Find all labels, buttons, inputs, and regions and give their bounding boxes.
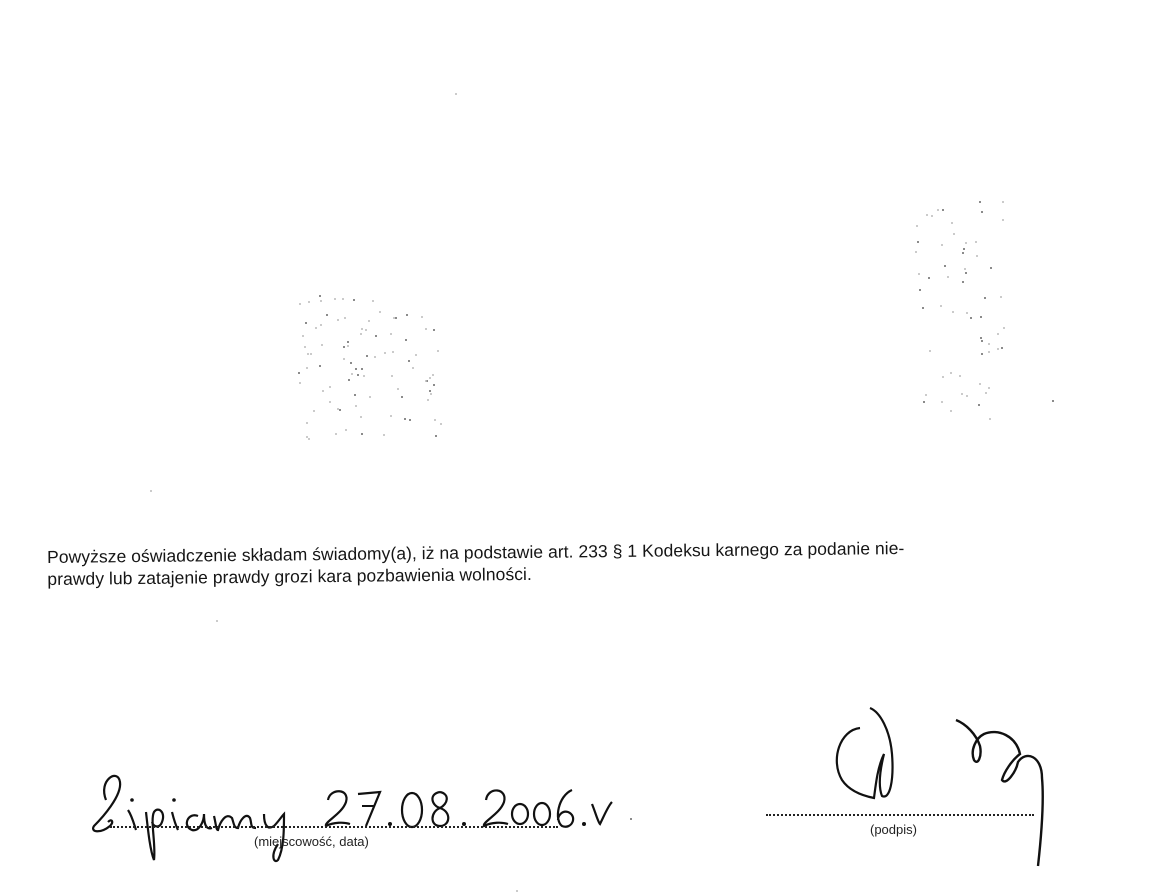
redaction-speck [310,353,312,355]
redaction-speck [315,327,317,329]
redaction-speck [952,311,954,313]
redaction-speck [343,358,345,360]
redaction-speck [384,352,386,354]
redaction-speck [334,298,336,300]
redacted-stamp-right [915,200,1005,420]
scanned-document-page: Powyższe oświadczenie składam świadomy(a… [0,0,1163,896]
scan-noise [630,818,632,820]
redaction-speck [964,268,966,270]
redaction-speck [950,372,952,374]
redaction-speck [435,435,437,437]
redaction-speck [401,396,403,398]
scan-noise [216,620,218,622]
redaction-speck [365,329,367,331]
redaction-speck [931,215,933,217]
redaction-speck [433,384,435,386]
scan-noise [516,890,518,892]
redaction-speck [361,328,363,330]
redaction-speck [962,281,964,283]
redaction-speck [940,305,942,307]
redaction-speck [944,265,946,267]
redaction-speck [360,416,362,418]
redaction-speck [406,314,408,316]
redaction-speck [408,360,410,362]
redaction-speck [928,277,930,279]
redaction-speck [421,316,423,318]
place-date-caption: (miejscowość, data) [254,834,369,849]
redaction-speck [379,311,381,313]
redaction-speck [397,388,399,390]
redaction-speck [392,351,394,353]
redaction-speck [916,225,918,227]
redaction-speck [355,368,357,370]
redaction-speck [950,410,952,412]
redaction-speck [374,356,376,358]
redaction-speck [361,433,363,435]
redaction-speck [1002,201,1004,203]
redaction-speck [304,346,306,348]
redaction-speck [342,298,344,300]
redaction-speck [997,348,999,350]
redaction-speck [425,380,427,382]
redaction-speck [348,379,350,381]
redaction-speck [353,299,355,301]
redaction-speck [925,394,927,396]
redaction-speck [981,340,983,342]
redaction-speck [970,317,972,319]
redaction-speck [937,209,939,211]
redaction-speck [429,390,431,392]
redaction-speck [965,272,967,274]
redaction-speck [335,433,337,435]
redaction-speck [962,252,964,254]
redaction-speck [966,395,968,397]
redaction-speck [923,401,925,403]
redaction-speck [961,393,963,395]
redaction-speck [430,393,432,395]
redaction-speck [320,300,322,302]
redaction-speck [320,324,322,326]
redaction-speck [915,251,917,253]
redaction-speck [357,374,359,376]
redaction-speck [360,333,362,335]
redaction-speck [988,351,990,353]
redaction-speck [1003,327,1005,329]
redaction-speck [366,355,368,357]
redaction-speck [351,373,353,375]
redaction-speck [963,248,965,250]
redaction-speck [988,387,990,389]
redaction-speck [433,329,435,331]
redaction-speck [372,300,374,302]
redaction-speck [409,419,411,421]
scan-noise [455,93,457,95]
redaction-speck [412,367,414,369]
redaction-speck [918,273,920,275]
redaction-speck [415,354,417,356]
redaction-speck [395,317,397,319]
signature-caption: (podpis) [870,822,917,837]
redaction-speck [922,307,924,309]
redaction-speck [306,436,308,438]
redaction-speck [437,350,439,352]
redaction-speck [440,423,442,425]
redaction-speck [976,255,978,257]
redaction-speck [405,339,407,341]
redaction-speck [355,405,357,407]
redaction-speck [369,396,371,398]
redaction-speck [980,337,982,339]
redaction-speck [344,317,346,319]
redaction-speck [917,241,919,243]
redaction-speck [298,372,300,374]
redaction-speck [375,335,377,337]
redaction-speck [926,214,928,216]
redaction-speck [354,394,356,396]
redaction-speck [953,233,955,235]
redaction-speck [432,374,434,376]
handwritten-place-date [88,760,648,870]
redaction-speck [988,343,990,345]
redaction-speck [343,346,345,348]
redaction-speck [305,322,307,324]
redaction-speck [1000,296,1002,298]
handwritten-signature [780,690,1060,880]
redaction-speck [980,316,982,318]
redaction-speck [434,419,436,421]
redaction-speck [368,320,370,322]
redaction-speck [329,386,331,388]
redaction-speck [997,333,999,335]
scan-noise [150,490,152,492]
statement-paragraph: Powyższe oświadczenie składam świadomy(a… [47,535,1127,590]
redaction-speck [302,335,304,337]
redaction-speck [429,377,431,379]
redaction-speck [347,345,349,347]
redaction-speck [404,418,406,420]
redaction-speck [966,312,968,314]
redaction-speck [337,319,339,321]
redaction-speck [299,303,301,305]
redaction-speck [427,399,429,401]
redaction-speck [941,401,943,403]
redaction-speck [981,353,983,355]
redaction-speck [393,317,395,319]
redaction-speck [319,295,321,297]
redaction-speck [306,367,308,369]
redaction-speck [313,410,315,412]
redaction-speck [390,415,392,417]
redaction-speck [322,390,324,392]
scan-noise [1052,400,1054,402]
redaction-speck [425,328,427,330]
redaction-speck [361,368,363,370]
redaction-speck [959,375,961,377]
redaction-speck [942,376,944,378]
redaction-speck [985,392,987,394]
redaction-speck [363,375,365,377]
redaction-speck [390,333,392,335]
redaction-speck [951,222,953,224]
redaction-speck [984,297,986,299]
redaction-speck [329,401,331,403]
redaction-speck [942,209,944,211]
redaction-speck [989,418,991,420]
redaction-speck [307,353,309,355]
redaction-speck [979,383,981,385]
redaction-speck [308,438,310,440]
redaction-speck [947,276,949,278]
redaction-speck [979,201,981,203]
redaction-speck [339,409,341,411]
redaction-speck [975,241,977,243]
redaction-speck [347,341,349,343]
redaction-speck [919,289,921,291]
redacted-stamp-left [295,295,445,440]
redaction-speck [308,301,310,303]
place-date-line [110,826,558,828]
redaction-speck [299,382,301,384]
redaction-speck [1002,219,1004,221]
redaction-speck [326,314,328,316]
redaction-speck [319,365,321,367]
redaction-speck [978,404,980,406]
redaction-speck [965,242,967,244]
redaction-speck [1001,347,1003,349]
redaction-speck [941,244,943,246]
redaction-speck [321,344,323,346]
redaction-speck [981,211,983,213]
redaction-speck [383,434,385,436]
redaction-speck [990,267,992,269]
redaction-speck [350,362,352,364]
redaction-speck [929,350,931,352]
redaction-speck [306,422,308,424]
redaction-speck [391,375,393,377]
redaction-speck [345,429,347,431]
signature-line [766,814,1034,816]
